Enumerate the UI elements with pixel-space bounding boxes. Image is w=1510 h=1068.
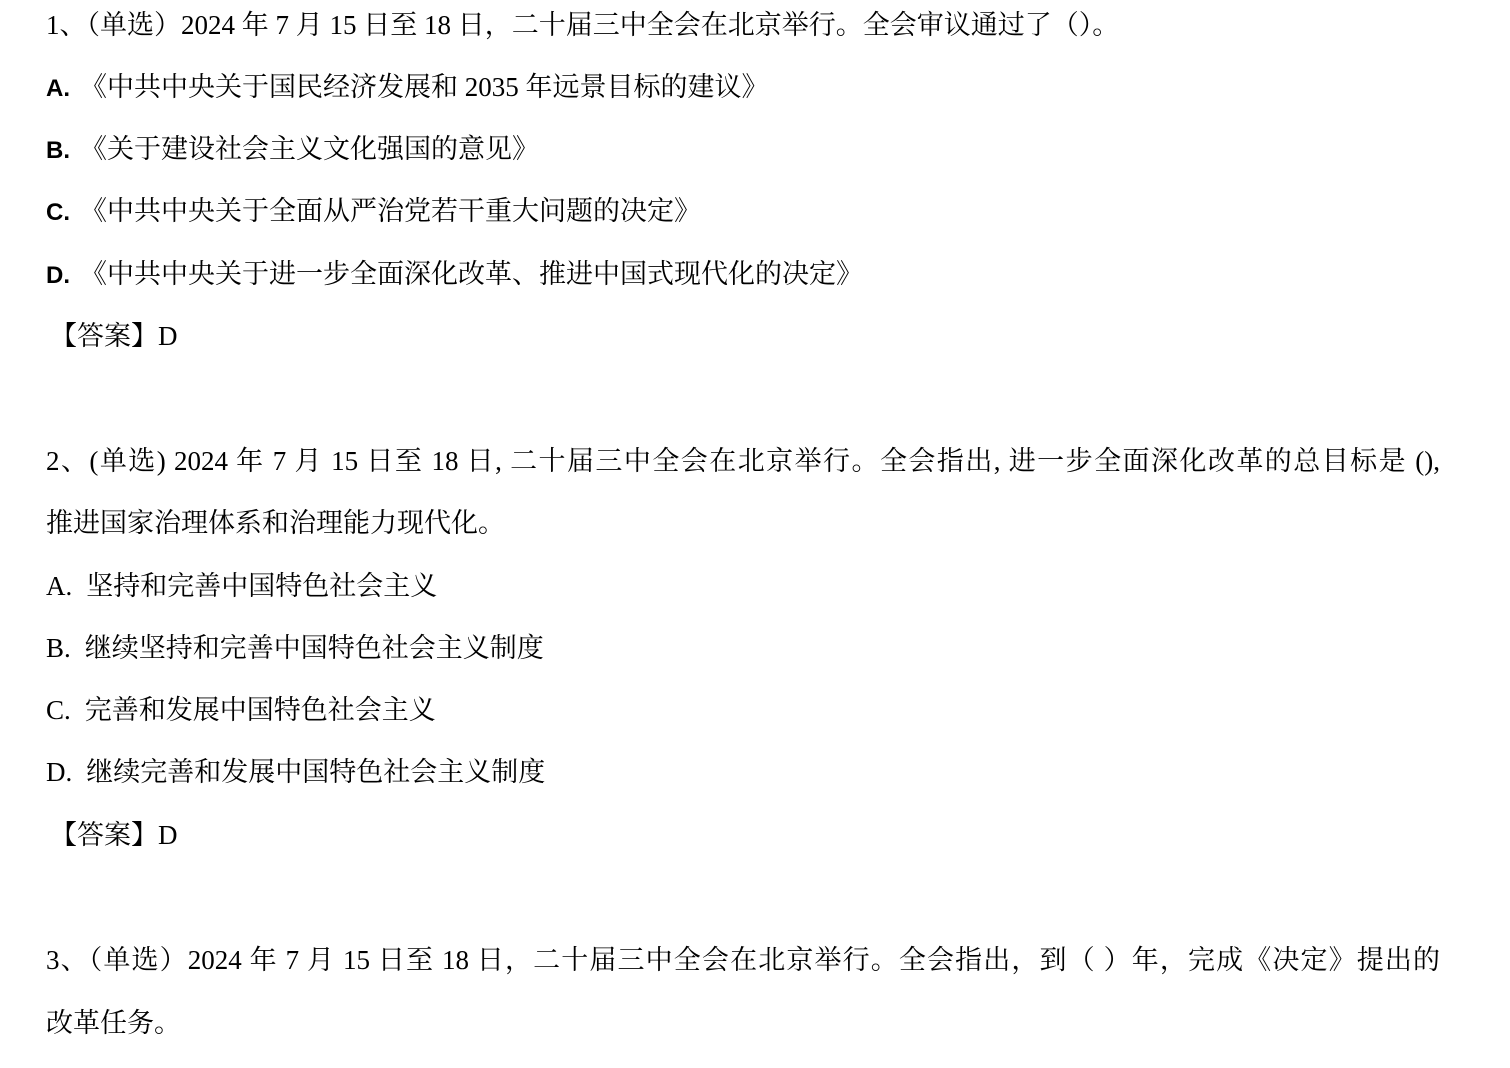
question-1-option-d: D.《中共中央关于进一步全面深化改革、推进中国式现代化的决定》 [46, 254, 863, 294]
question-1-option-b: B.《关于建设社会主义文化强国的意见》 [46, 129, 539, 169]
option-text: 《中共中央关于全面从严治党若干重大问题的决定》 [80, 196, 701, 226]
question-2-option-b: B.继续坚持和完善中国特色社会主义制度 [46, 628, 544, 668]
option-text: 继续完善和发展中国特色社会主义制度 [86, 757, 545, 787]
option-label: D. [46, 757, 72, 787]
question-2-option-a: A.坚持和完善中国特色社会主义 [46, 566, 437, 606]
option-label: A. [46, 75, 70, 102]
question-1-stem: 1、（单选）2024 年 7 月 15 日至 18 日，二十届三中全会在北京举行… [46, 5, 1119, 45]
question-2-answer: 【答案】D [50, 815, 178, 855]
option-text: 《关于建设社会主义文化强国的意见》 [80, 134, 539, 164]
question-2-option-c: C.完善和发展中国特色社会主义 [46, 690, 436, 730]
option-label: C. [46, 695, 71, 725]
option-text: 继续坚持和完善中国特色社会主义制度 [85, 633, 544, 663]
option-text: 完善和发展中国特色社会主义 [85, 695, 436, 725]
question-1-answer: 【答案】D [50, 316, 178, 356]
question-2-stem-line-1: 2、(单选) 2024 年 7 月 15 日至 18 日, 二十届三中全会在北京… [46, 441, 1440, 481]
option-label: A. [46, 571, 72, 601]
question-2-stem-line-2: 推进国家治理体系和治理能力现代化。 [46, 503, 505, 543]
option-label: B. [46, 633, 71, 663]
question-1-option-c: C.《中共中央关于全面从严治党若干重大问题的决定》 [46, 191, 701, 231]
question-2-option-d: D.继续完善和发展中国特色社会主义制度 [46, 752, 545, 792]
option-text: 《中共中央关于进一步全面深化改革、推进中国式现代化的决定》 [80, 259, 863, 289]
option-label: C. [46, 199, 70, 226]
question-3-stem-line-1: 3、（单选）2024 年 7 月 15 日至 18 日，二十届三中全会在北京举行… [46, 940, 1440, 980]
option-text: 坚持和完善中国特色社会主义 [86, 571, 437, 601]
question-3-stem-line-2: 改革任务。 [46, 1003, 181, 1043]
option-label: B. [46, 137, 70, 164]
option-text: 《中共中央关于国民经济发展和 2035 年远景目标的建议》 [80, 72, 769, 102]
question-1-option-a: A.《中共中央关于国民经济发展和 2035 年远景目标的建议》 [46, 67, 769, 107]
option-label: D. [46, 262, 70, 289]
